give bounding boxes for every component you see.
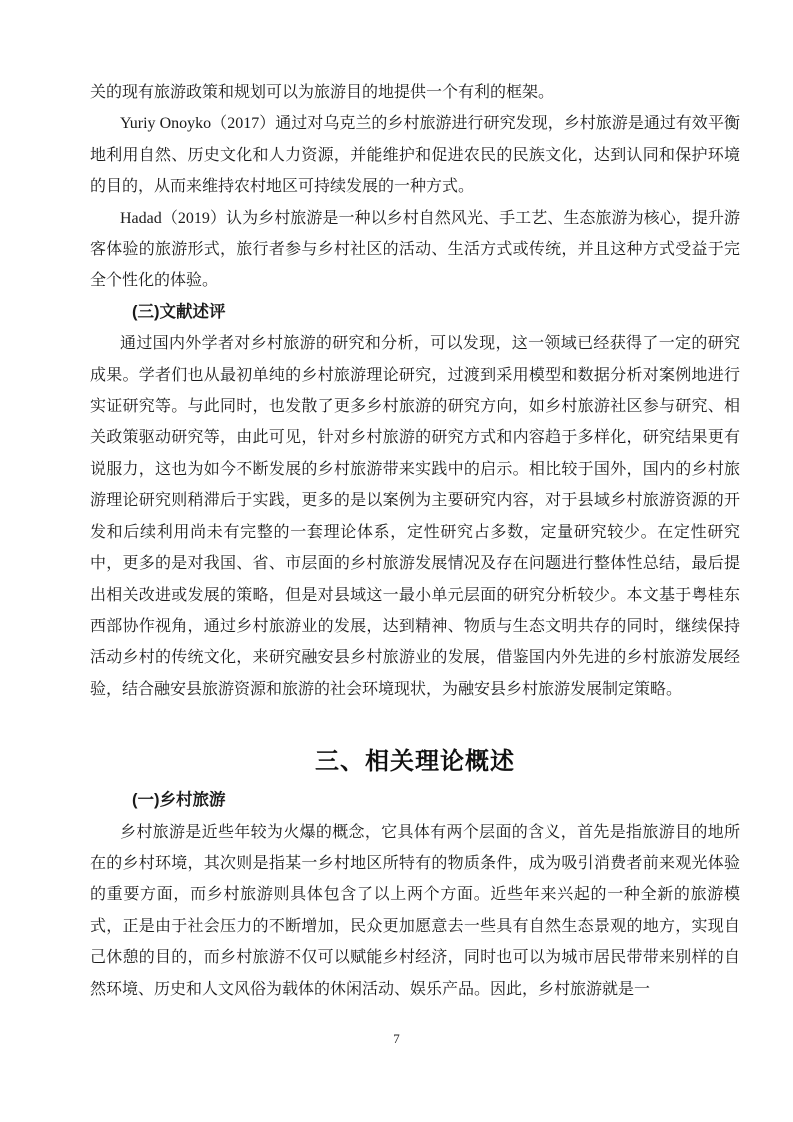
paragraph-rural-tourism-definition: 乡村旅游是近些年较为火爆的概念，它具体有两个层面的含义，首先是指旅游目的地所在的… [90,817,740,1005]
document-body: 关的现有旅游政策和规划可以为旅游目的地提供一个有利的框架。 Yuriy Onoy… [90,77,740,1005]
page-number: 7 [393,1031,400,1046]
subheading-rural-tourism: (一)乡村旅游 [90,785,740,816]
paragraph-policy-framework-continuation: 关的现有旅游政策和规划可以为旅游目的地提供一个有利的框架。 [90,77,740,108]
paragraph-yuriy-onoyko-2017: Yuriy Onoyko（2017）通过对乌克兰的乡村旅游进行研究发现，乡村旅游… [90,108,740,202]
paragraph-literature-review: 通过国内外学者对乡村旅游的研究和分析，可以发现，这一领域已经获得了一定的研究成果… [90,328,740,705]
paragraph-hadad-2019: Hadad（2019）认为乡村旅游是一种以乡村自然风光、手工艺、生态旅游为核心，… [90,203,740,297]
document-page: 关的现有旅游政策和规划可以为旅游目的地提供一个有利的框架。 Yuriy Onoy… [0,0,793,1122]
page-footer: 7 [0,1031,793,1047]
subheading-literature-review: (三)文献述评 [90,297,740,328]
chapter-heading-related-theory-overview: 三、相关理论概述 [90,743,740,780]
